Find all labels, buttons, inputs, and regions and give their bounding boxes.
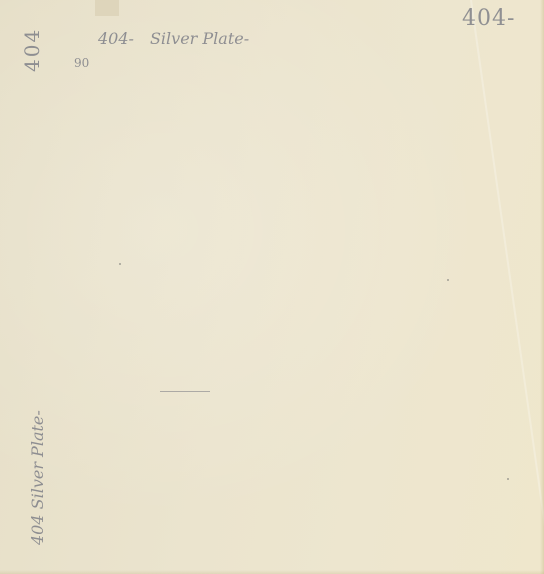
left-vertical-caption: 404 Silver Plate- [28,410,47,545]
paper-crease [470,0,544,569]
title-number: 404- [98,29,134,48]
left-vertical-number: 404 [20,28,44,72]
speck [447,279,449,281]
title-text: Silver Plate- [150,29,249,48]
tape-mark [95,0,119,16]
speck [119,263,121,265]
speck [507,478,509,480]
small-number: 90 [74,56,89,70]
pencil-rule [160,391,210,392]
top-right-number: 404- [462,6,515,31]
mount-card: 404- 404-Silver Plate- 90 404 404 Silver… [0,0,544,574]
title-annotation: 404-Silver Plate- [98,29,249,48]
